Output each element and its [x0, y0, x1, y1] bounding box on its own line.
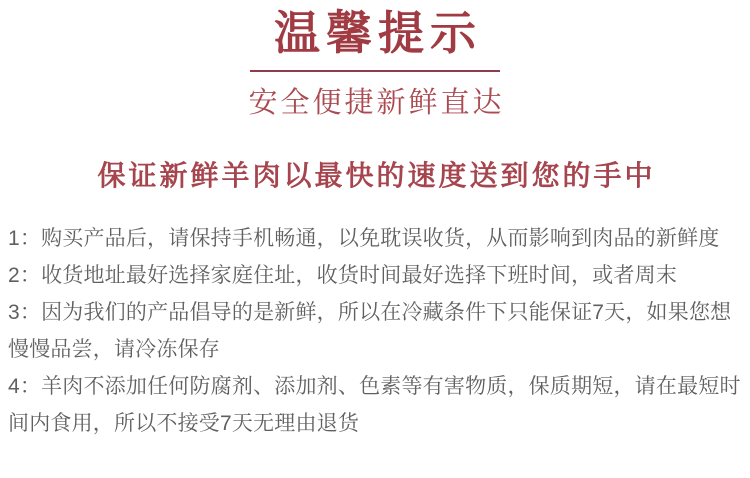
tip-item-2: 2：收货地址最好选择家庭住址，收货时间最好选择下班时间，或者周末: [8, 257, 742, 294]
warm-tips-notice: 温馨提示 安全便捷新鲜直达 保证新鲜羊肉以最快的速度送到您的手中 1：购买产品后…: [0, 0, 750, 478]
tip-item-3: 3：因为我们的产品倡导的是新鲜，所以在冷藏条件下只能保证7天，如果您想慢慢品尝，…: [8, 294, 742, 368]
notice-headline: 保证新鲜羊肉以最快的速度送到您的手中: [0, 161, 750, 190]
tips-list: 1：购买产品后，请保持手机畅通，以免耽误收货，从而影响到肉品的新鲜度 2：收货地…: [8, 220, 742, 442]
notice-subtitle: 安全便捷新鲜直达: [0, 88, 750, 118]
notice-title: 温馨提示: [0, 0, 750, 57]
tip-item-4: 4：羊肉不添加任何防腐剂、添加剂、色素等有害物质，保质期短，请在最短时间内食用，…: [8, 368, 742, 442]
title-divider: [250, 70, 500, 72]
tip-item-1: 1：购买产品后，请保持手机畅通，以免耽误收货，从而影响到肉品的新鲜度: [8, 220, 742, 257]
